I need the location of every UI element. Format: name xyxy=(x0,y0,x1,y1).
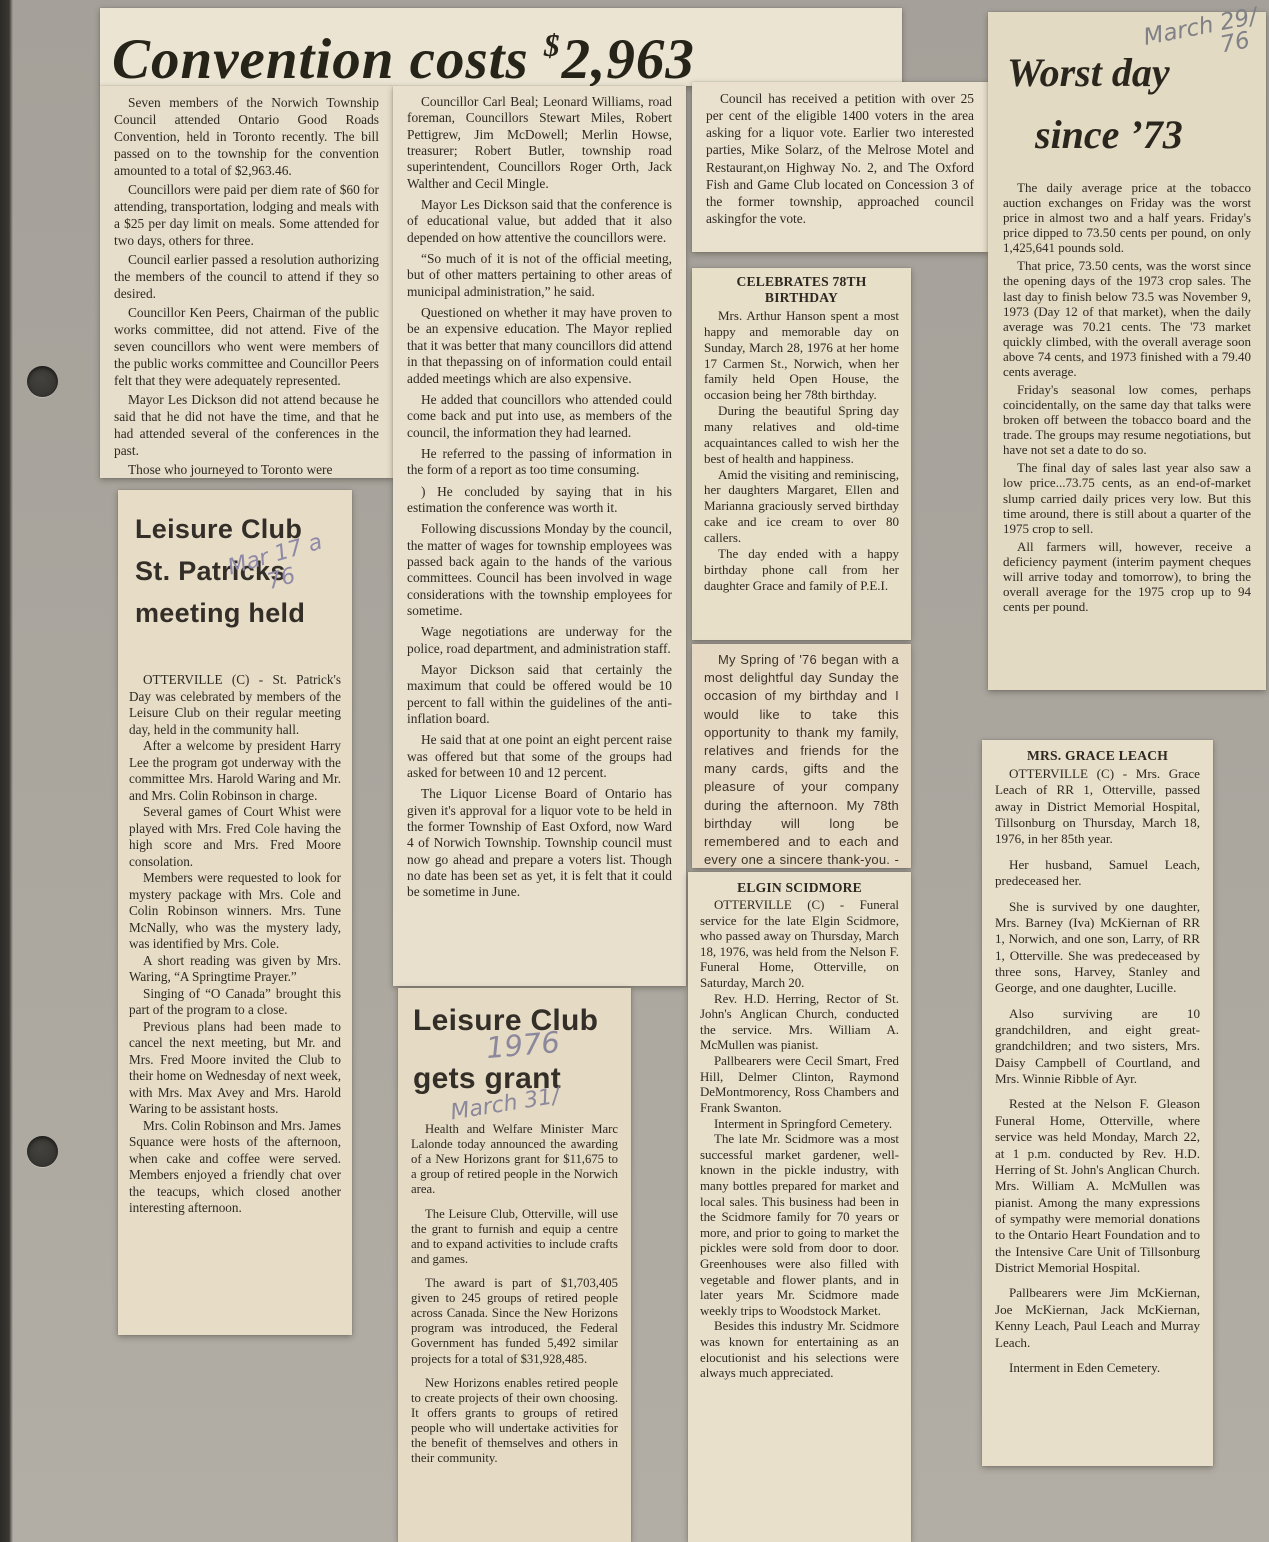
headline-leisure-club-grant: Leisure Clubgets grant xyxy=(411,988,618,1096)
article-paragraph: Interment in Eden Cemetery. xyxy=(995,1360,1200,1376)
thank-you-note-text: My Spring of '76 began with a most delig… xyxy=(704,651,899,887)
article-paragraph: He added that councillors who attended c… xyxy=(407,392,672,441)
article-paragraph: Mrs. Arthur Hanson spent a most happy an… xyxy=(704,308,899,403)
article-paragraph: Seven members of the Norwich Township Co… xyxy=(114,94,379,179)
article-paragraph: Interment in Springford Cemetery. xyxy=(700,1117,899,1133)
clipping-leisure-club-grant: 1976 March 31/ Leisure Clubgets grant He… xyxy=(398,988,631,1542)
article-paragraph: OTTERVILLE (C) - Mrs. Grace Leach of RR … xyxy=(995,766,1200,848)
article-body-convention-col1: Seven members of the Norwich Township Co… xyxy=(114,94,379,478)
article-paragraph: The award is part of $1,703,405 given to… xyxy=(411,1276,618,1367)
article-paragraph: Besides this industry Mr. Scidmore was k… xyxy=(700,1319,899,1381)
article-paragraph: Councillors were paid per diem rate of $… xyxy=(114,181,379,249)
article-paragraph: Questioned on whether it may have proven… xyxy=(407,305,672,387)
article-paragraph: Following discussions Monday by the coun… xyxy=(407,521,672,619)
article-paragraph: Mayor Dickson said that certainly the ma… xyxy=(407,662,672,727)
article-paragraph: Rested at the Nelson F. Gleason Funeral … xyxy=(995,1096,1200,1276)
article-paragraph: Council earlier passed a resolution auth… xyxy=(114,251,379,302)
headline-worst-day: Worst daysince ’73 xyxy=(1007,42,1251,166)
clipping-convention-headline: Convention costs $2,963 xyxy=(100,8,902,86)
article-paragraph: Her husband, Samuel Leach, predeceased h… xyxy=(995,857,1200,890)
article-paragraph: The daily average price at the tobacco a… xyxy=(1003,180,1251,255)
punch-hole-bottom xyxy=(27,1136,58,1167)
clipping-worst-day-since-73: March 29/76 Worst daysince ’73 The daily… xyxy=(988,12,1266,690)
article-body-birthday: Mrs. Arthur Hanson spent a most happy an… xyxy=(704,308,899,593)
clipping-obituary-elgin-scidmore: ELGIN SCIDMORE OTTERVILLE (C) - Funeral … xyxy=(688,872,911,1542)
headline-amount: 2,963 xyxy=(562,28,695,91)
article-paragraph: He referred to the passing of informatio… xyxy=(407,446,672,479)
article-paragraph: Amid the visiting and reminiscing, her d… xyxy=(704,467,899,546)
article-paragraph: Also surviving are 10 grandchildren, and… xyxy=(995,1006,1200,1088)
headline-text: Convention costs xyxy=(112,28,544,91)
article-paragraph: “So much of it is not of the official me… xyxy=(407,251,672,300)
scrapbook-page: Convention costs $2,963 Seven members of… xyxy=(0,0,1269,1542)
article-paragraph: All farmers will, however, receive a def… xyxy=(1003,539,1251,614)
clipping-obituary-grace-leach: MRS. GRACE LEACH OTTERVILLE (C) - Mrs. G… xyxy=(982,740,1213,1466)
article-body-scidmore: OTTERVILLE (C) - Funeral service for the… xyxy=(700,898,899,1382)
article-paragraph: Those who journeyed to Toronto were xyxy=(114,461,379,478)
article-paragraph: Singing of “O Canada” brought this part … xyxy=(129,986,341,1019)
article-paragraph: Friday's seasonal low comes, perhaps coi… xyxy=(1003,382,1251,457)
clipping-st-patricks-meeting: Mar 17 a76 Leisure ClubSt. Patricksmeeti… xyxy=(118,490,352,1335)
article-body-convention-col2: Councillor Carl Beal; Leonard Williams, … xyxy=(407,94,672,901)
clipping-78th-birthday: CELEBRATES 78TH BIRTHDAY Mrs. Arthur Han… xyxy=(692,268,911,640)
dollar-sign: $ xyxy=(544,28,561,63)
article-paragraph: Members were requested to look for myste… xyxy=(129,870,341,953)
clipping-convention-column-2: Councillor Carl Beal; Leonard Williams, … xyxy=(393,86,686,986)
article-paragraph: The final day of sales last year also sa… xyxy=(1003,460,1251,535)
article-paragraph: During the beautiful Spring day many rel… xyxy=(704,403,899,466)
article-paragraph: ) He concluded by saying that in his est… xyxy=(407,484,672,517)
clipping-gertie-hanson-thanks: My Spring of '76 began with a most delig… xyxy=(692,644,911,868)
article-paragraph: She is survived by one daughter, Mrs. Ba… xyxy=(995,899,1200,997)
headline-elgin-scidmore: ELGIN SCIDMORE xyxy=(700,880,899,896)
article-paragraph: Several games of Court Whist were played… xyxy=(129,804,341,870)
clipping-liquor-petition: Council has received a petition with ove… xyxy=(692,82,988,252)
article-paragraph: Wage negotiations are underway for the p… xyxy=(407,624,672,657)
article-paragraph: Councillor Ken Peers, Chairman of the pu… xyxy=(114,304,379,389)
article-paragraph: Councillor Carl Beal; Leonard Williams, … xyxy=(407,94,672,192)
article-paragraph: The Liquor License Board of Ontario has … xyxy=(407,786,672,900)
article-body-grant: Health and Welfare Minister Marc Lalonde… xyxy=(411,1122,618,1466)
punch-hole-top xyxy=(27,366,58,397)
page-left-edge xyxy=(0,0,13,1542)
article-paragraph: OTTERVILLE (C) - St. Patrick's Day was c… xyxy=(129,672,341,738)
article-paragraph: New Horizons enables retired people to c… xyxy=(411,1376,618,1467)
headline-grace-leach: MRS. GRACE LEACH xyxy=(995,748,1200,764)
clipping-convention-column-1: Seven members of the Norwich Township Co… xyxy=(100,86,393,478)
article-paragraph: Rev. H.D. Herring, Rector of St. John's … xyxy=(700,992,899,1054)
article-body-worst-day: The daily average price at the tobacco a… xyxy=(1003,180,1251,614)
article-paragraph: Mayor Les Dickson did not attend because… xyxy=(114,391,379,459)
article-paragraph: The late Mr. Scidmore was a most success… xyxy=(700,1132,899,1319)
article-paragraph: After a welcome by president Harry Lee t… xyxy=(129,738,341,804)
article-paragraph: The Leisure Club, Otterville, will use t… xyxy=(411,1207,618,1267)
article-paragraph: Previous plans had been made to cancel t… xyxy=(129,1019,341,1118)
article-paragraph: Mayor Les Dickson said that the conferen… xyxy=(407,197,672,246)
article-paragraph: OTTERVILLE (C) - Funeral service for the… xyxy=(700,898,899,992)
article-paragraph: He said that at one point an eight perce… xyxy=(407,732,672,781)
article-paragraph: Pallbearers were Cecil Smart, Fred Hill,… xyxy=(700,1054,899,1116)
article-paragraph: A short reading was given by Mrs. Waring… xyxy=(129,953,341,986)
article-body-st-patricks: OTTERVILLE (C) - St. Patrick's Day was c… xyxy=(129,672,341,1217)
article-body-leach: OTTERVILLE (C) - Mrs. Grace Leach of RR … xyxy=(995,766,1200,1376)
article-paragraph: The day ended with a happy birthday phon… xyxy=(704,546,899,594)
article-paragraph: Mrs. Colin Robinson and Mrs. James Squan… xyxy=(129,1118,341,1217)
article-paragraph: Council has received a petition with ove… xyxy=(706,90,974,227)
headline-celebrates-78th-birthday: CELEBRATES 78TH BIRTHDAY xyxy=(704,274,899,306)
article-paragraph: Health and Welfare Minister Marc Lalonde… xyxy=(411,1122,618,1198)
article-paragraph: Pallbearers were Jim McKiernan, Joe McKi… xyxy=(995,1285,1200,1350)
article-body-petition: Council has received a petition with ove… xyxy=(706,90,974,227)
article-paragraph: That price, 73.50 cents, was the worst s… xyxy=(1003,258,1251,379)
headline-st-patricks: Leisure ClubSt. Patricksmeeting held xyxy=(129,490,341,634)
